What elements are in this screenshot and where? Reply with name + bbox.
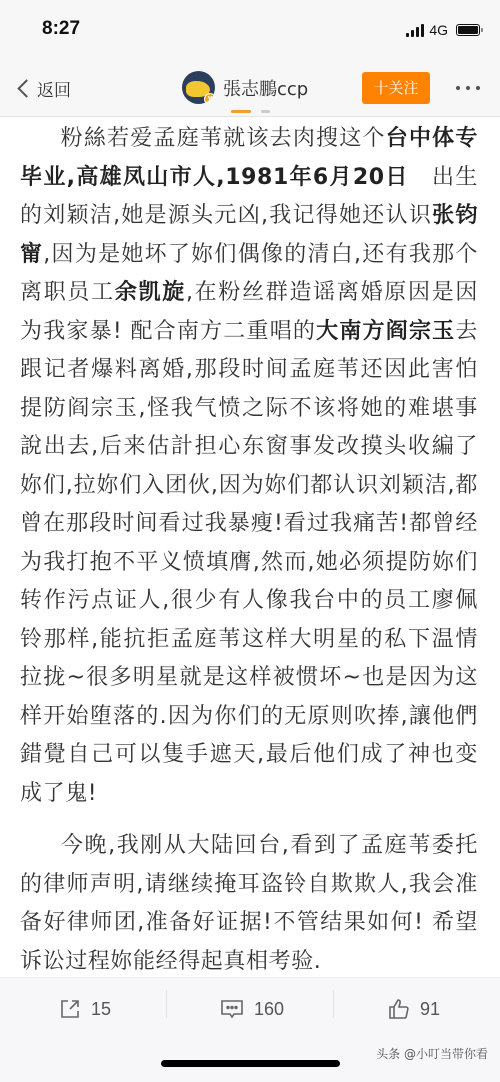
status-time: 8:27: [42, 18, 80, 40]
share-icon: [59, 998, 81, 1020]
comment-count: 160: [254, 999, 284, 1020]
repost-button[interactable]: 15: [59, 992, 111, 1026]
watermark: 头条 @小叮当带你看: [376, 1045, 488, 1062]
divider: [333, 990, 334, 1018]
profile-name[interactable]: 張志鵬ccp: [223, 75, 308, 101]
comment-icon: [220, 998, 244, 1020]
comment-button[interactable]: 160: [220, 992, 284, 1026]
like-button[interactable]: 91: [388, 992, 440, 1026]
dot-icon: [466, 86, 470, 90]
back-button[interactable]: 返回: [14, 76, 71, 101]
paragraph-1: 粉絲若爱孟庭苇就该去肉搜这个台中体专毕业,高雄凤山市人,1981年6月20日 出…: [20, 120, 478, 813]
chevron-left-icon: [17, 79, 35, 97]
paragraph-2: 今晚,我刚从大陆回台,看到了孟庭苇委托的律师声明,请继续掩耳盗铃自欺欺人,我会准…: [20, 827, 478, 981]
follow-button[interactable]: 十关注: [362, 72, 430, 104]
thumbs-up-icon: [388, 998, 410, 1020]
like-count: 91: [420, 999, 440, 1020]
status-bar: 8:27 4G: [0, 0, 500, 60]
avatar[interactable]: v: [182, 71, 215, 104]
profile-header[interactable]: v 張志鵬ccp: [182, 71, 308, 104]
repost-count: 15: [91, 999, 111, 1020]
back-label: 返回: [37, 76, 71, 101]
divider: [166, 990, 167, 1018]
nav-bar: 返回 v 張志鵬ccp 十关注: [0, 60, 500, 117]
dot-icon: [456, 86, 460, 90]
post-body: 粉絲若爱孟庭苇就该去肉搜这个台中体专毕业,高雄凤山市人,1981年6月20日 出…: [0, 118, 500, 981]
dot-icon: [476, 86, 480, 90]
highlight-text: 余凯旋: [115, 280, 186, 305]
highlight-text: 大南方阎宗玉: [316, 319, 455, 344]
page-indicator-inactive: [261, 110, 270, 113]
network-type: 4G: [429, 22, 448, 38]
status-indicators: 4G: [406, 22, 480, 38]
home-indicator: [161, 1060, 340, 1067]
more-options-button[interactable]: [456, 86, 480, 90]
signal-icon: [406, 24, 424, 37]
page-indicator-active: [231, 110, 251, 113]
action-bar: 15 160 91 头条 @小叮当带你看: [0, 977, 500, 1082]
battery-icon: [456, 24, 480, 36]
verified-badge-icon: v: [204, 93, 215, 104]
